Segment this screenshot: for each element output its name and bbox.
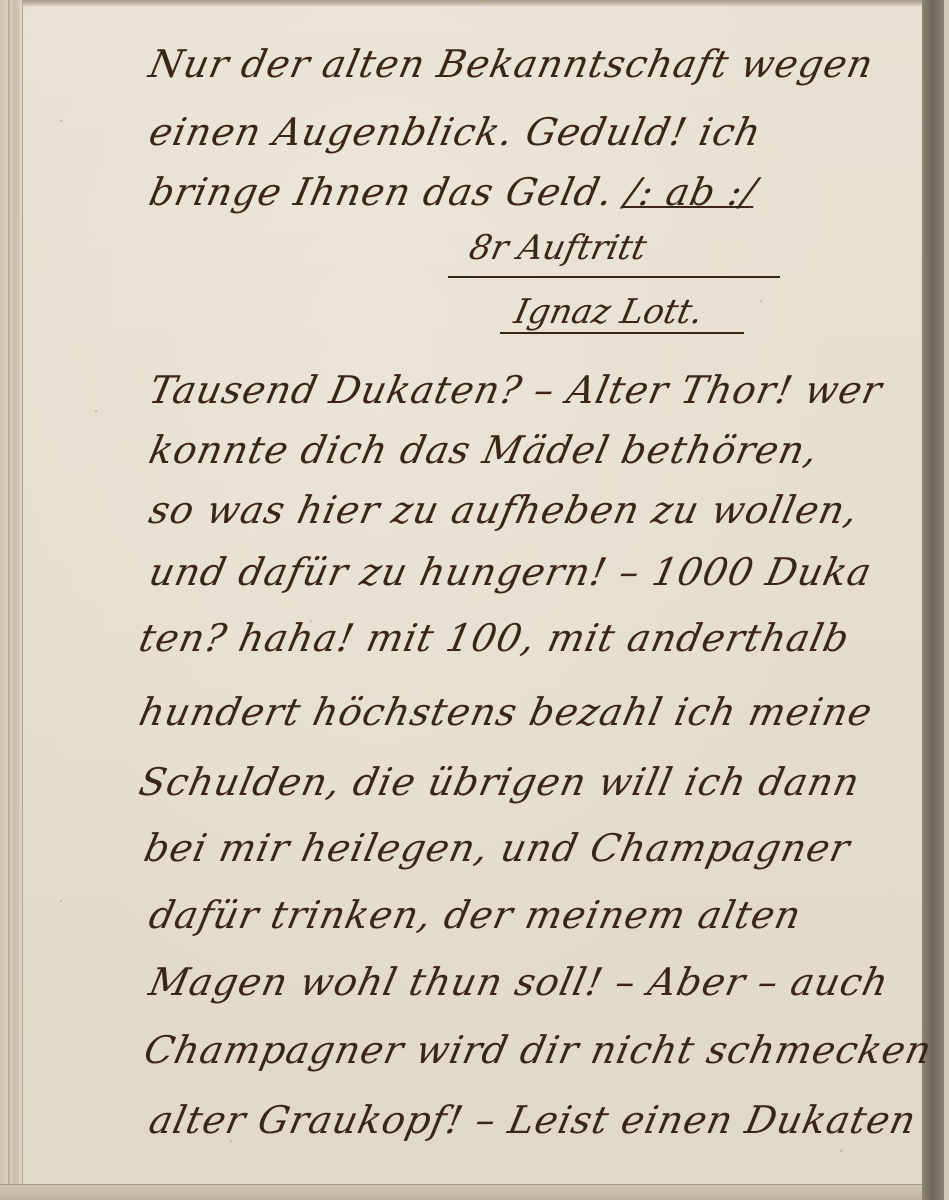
- text-line: dafür trinken, der meinem alten: [145, 893, 805, 937]
- text-line: Nur der alten Bekanntschaft wegen: [145, 42, 877, 86]
- character-rule: [500, 332, 744, 334]
- character-heading: Ignaz Lott.: [511, 292, 707, 332]
- stage-direction: /: ab :/: [621, 170, 761, 214]
- paper-speck: [95, 410, 97, 412]
- text-line: konnte dich das Mädel bethören,: [145, 428, 822, 472]
- text-line: Champagner wird dir nicht schmecken: [140, 1028, 936, 1072]
- text-line: einen Augenblick. Geduld! ich: [145, 110, 765, 154]
- paper-speck: [840, 1150, 842, 1152]
- text-line: alter Graukopf! – Leist einen Dukaten: [145, 1098, 920, 1142]
- paper-speck: [60, 120, 62, 122]
- text-line: und dafür zu hungern! – 1000 Duka: [145, 550, 876, 594]
- scene-heading: 8r Auftritt: [466, 228, 650, 268]
- text-line: so was hier zu aufheben zu wollen,: [145, 488, 862, 532]
- text-line: ten? haha! mit 100, mit anderthalb: [135, 616, 853, 660]
- text-line: bei mir heilegen, und Champagner: [140, 826, 854, 870]
- text-line: Schulden, die übrigen will ich dann: [135, 760, 864, 804]
- text-line-content: bringe Ihnen das Geld.: [145, 170, 617, 214]
- page-bottom-edge: [0, 1184, 949, 1200]
- page-left-edge: [0, 0, 23, 1200]
- heading-rule: [448, 276, 780, 278]
- book-binding-shadow: [922, 0, 944, 1200]
- text-line: bringe Ihnen das Geld. /: ab :/: [145, 170, 761, 214]
- page-top-edge: [0, 0, 949, 6]
- page-right-edge: [944, 0, 949, 1200]
- text-line: Tausend Dukaten? – Alter Thor! wer: [145, 368, 886, 412]
- paper-speck: [60, 900, 62, 902]
- text-line: hundert höchstens bezahl ich meine: [135, 690, 876, 734]
- manuscript-page: Nur der alten Bekanntschaft wegen einen …: [0, 0, 949, 1200]
- paper-speck: [760, 300, 762, 302]
- text-line: Magen wohl thun soll! – Aber – auch: [145, 960, 893, 1004]
